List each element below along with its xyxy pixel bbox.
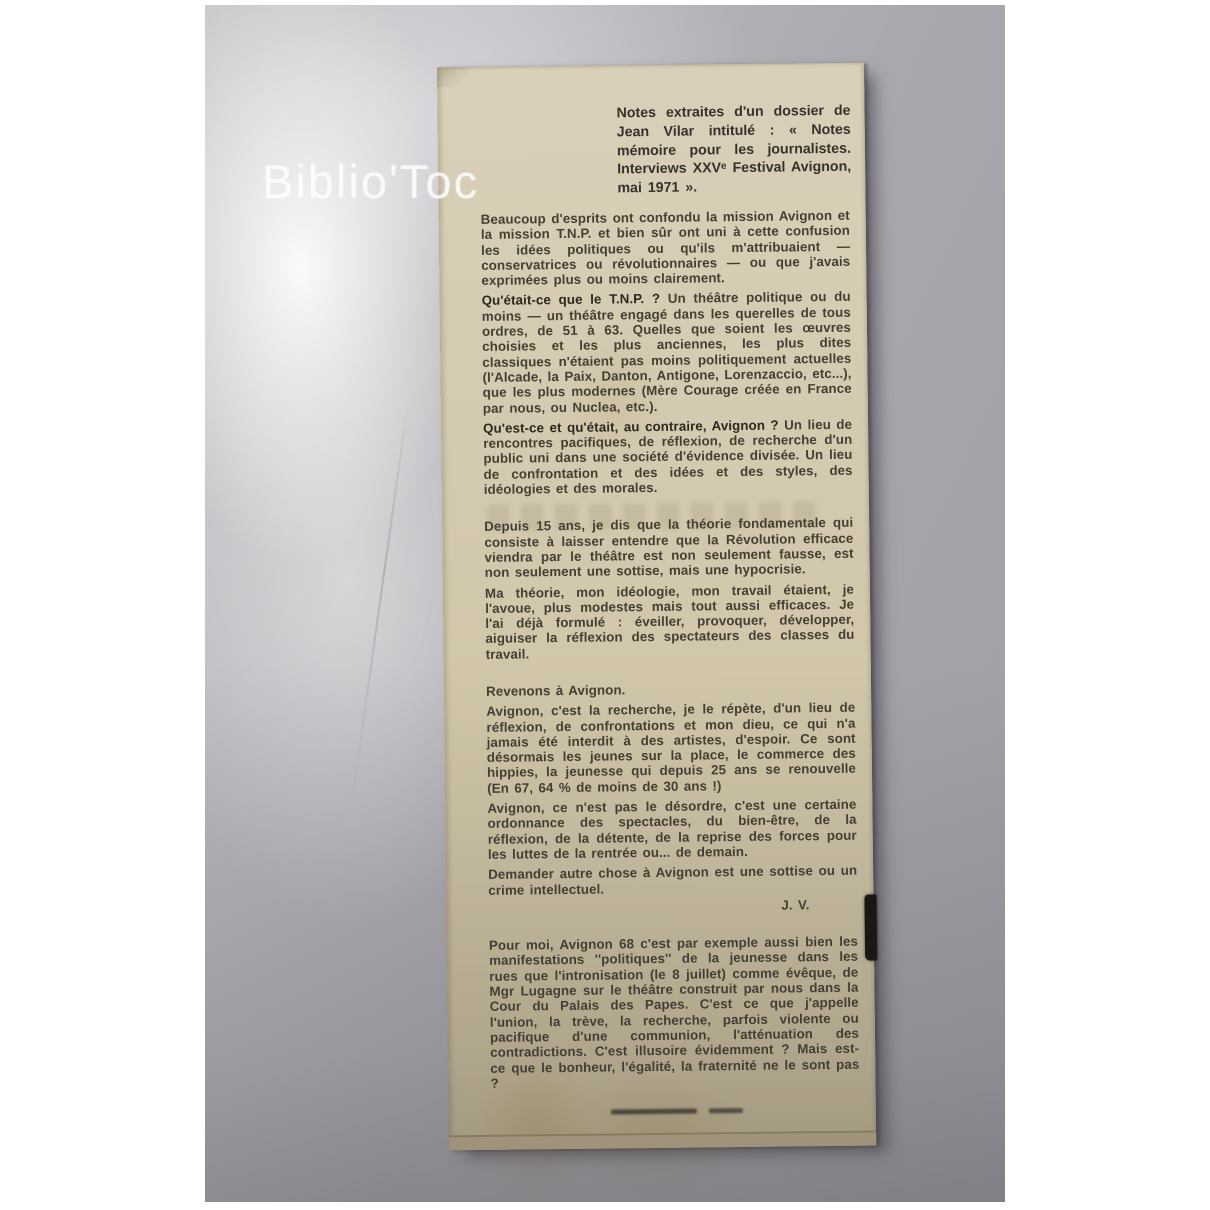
paragraph: Qu'était-ce que le T.N.P. ? Un théâtre p… xyxy=(482,289,852,416)
paragraph: Demander autre chose à Avignon est une s… xyxy=(488,863,857,898)
paragraph: Ma théorie, mon idéologie, mon travail é… xyxy=(485,581,855,662)
paper-stain xyxy=(560,320,672,471)
paragraph: Revenons à Avignon. xyxy=(486,680,855,699)
paper-bottom-crease xyxy=(449,1131,876,1151)
text-blocks: Beaucoup d'esprits ont confondu la missi… xyxy=(481,208,860,1091)
paragraph: Qu'est-ce et qu'était, au contraire, Avi… xyxy=(483,417,853,498)
show-through-text xyxy=(487,501,817,531)
photo-page: Notes extraites d'un dossier de Jean Vil… xyxy=(0,0,1210,1210)
paper-stain xyxy=(476,1056,598,1207)
printer-imprint xyxy=(611,1107,751,1117)
paper-corner-fold xyxy=(437,67,473,87)
paragraph: Beaucoup d'esprits ont confondu la missi… xyxy=(481,208,851,289)
signature: J. V. xyxy=(488,897,857,916)
paragraph-lead: Qu'est-ce et qu'était, au contraire, Avi… xyxy=(483,417,784,435)
printer-imprint-blob xyxy=(709,1108,743,1113)
edge-black-mark xyxy=(864,894,877,960)
leaflet-text: Notes extraites d'un dossier de Jean Vil… xyxy=(437,63,876,1151)
paragraph: Depuis 15 ans, je dis que la théorie fon… xyxy=(484,515,854,580)
leaflet-paper: Notes extraites d'un dossier de Jean Vil… xyxy=(437,63,876,1151)
paragraph: Avignon, c'est la recherche, je le répèt… xyxy=(486,700,856,796)
printer-imprint-blob xyxy=(611,1109,697,1115)
paper-stain xyxy=(558,1074,749,1196)
paragraph: Pour moi, Avignon 68 c'est par exemple a… xyxy=(489,934,860,1091)
paragraph-lead: Qu'était-ce que le T.N.P. ? xyxy=(482,291,668,308)
table-seam-line xyxy=(351,387,411,803)
library-watermark: Biblio'Toc xyxy=(262,154,479,209)
header-note: Notes extraites d'un dossier de Jean Vil… xyxy=(616,102,851,199)
paragraph: Avignon, ce n'est pas le désordre, c'est… xyxy=(487,797,857,862)
